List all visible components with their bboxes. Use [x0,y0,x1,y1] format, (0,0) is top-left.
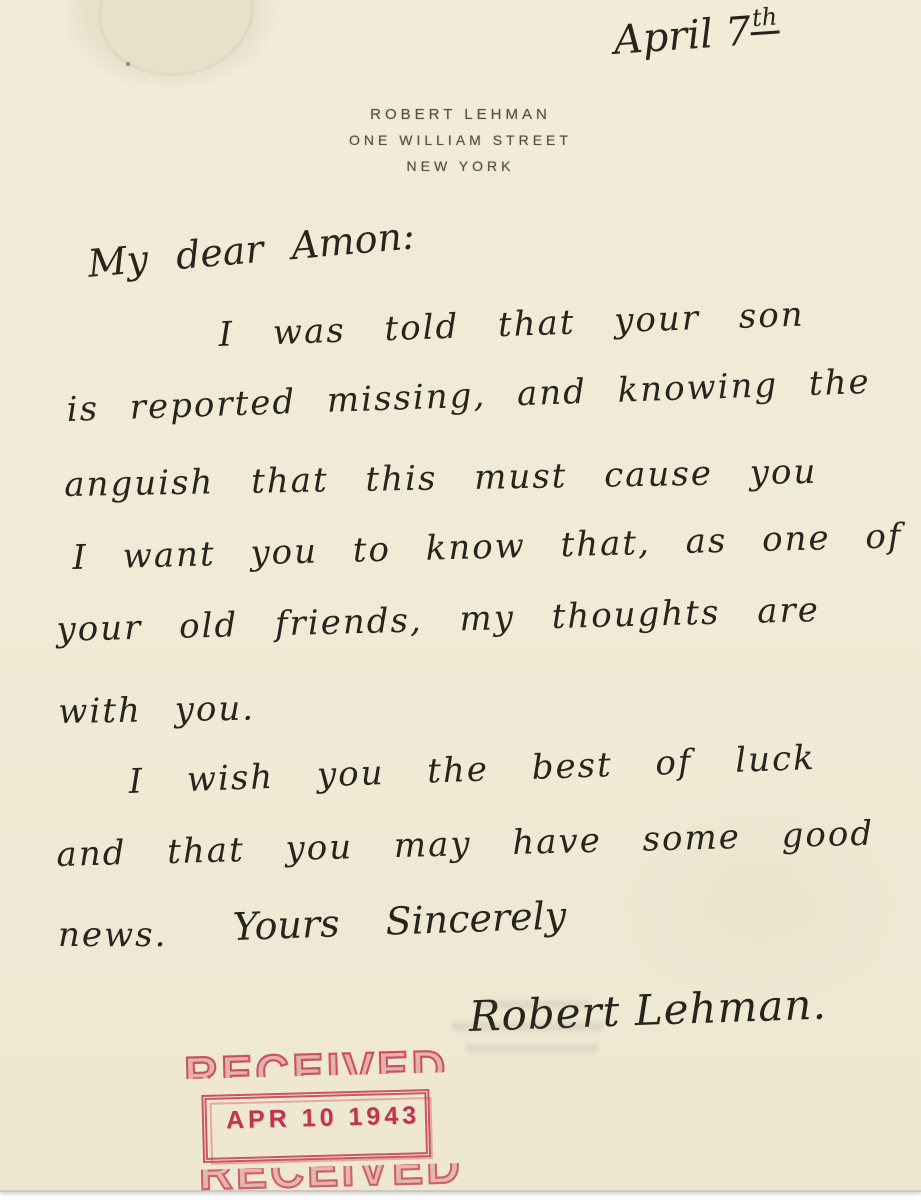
date-main: April 7 [612,8,752,63]
stamp-date: APR 10 1943 [226,1101,421,1135]
date-suffix: th [749,2,780,35]
ink-fleck [126,62,130,66]
handwritten-line-4: I want you to know that, as one of [72,516,903,578]
letterhead-name: ROBERT LEHMAN [0,106,921,123]
signature: Robert Lehman. [468,980,828,1041]
closing: Yours Sincerely [232,893,567,949]
handwritten-line-2: is reported missing, and knowing the [66,362,871,430]
bleed-through-text [452,1022,604,1031]
handwritten-line-8: and that you may have some good [56,814,875,875]
handwritten-line-6: with you. [58,689,255,732]
handwritten-line-9: news. [58,915,167,955]
bleed-through-text [478,1000,590,1009]
handwritten-line-1: I was told that your son [218,295,805,355]
letterhead-city: NEW YORK [0,158,921,174]
bleed-through-text [466,1044,598,1053]
salutation: My dear Amon: [86,213,416,285]
handwritten-line-7: I wish you the best of luck [128,738,816,802]
handwritten-line-3: anguish that this must cause you [64,452,818,505]
handwritten-date: April 7th [612,2,782,63]
handwritten-line-5: your old friends, my thoughts are [56,590,820,650]
scanned-letter-page: April 7th ROBERT LEHMAN ONE WILLIAM STRE… [0,0,921,1200]
letterhead-street: ONE WILLIAM STREET [0,132,921,148]
received-stamp: RECEIVED APR 10 1943 RECEIVED [184,1045,450,1194]
water-stain [90,0,262,86]
paper: April 7th ROBERT LEHMAN ONE WILLIAM STRE… [0,0,921,1190]
